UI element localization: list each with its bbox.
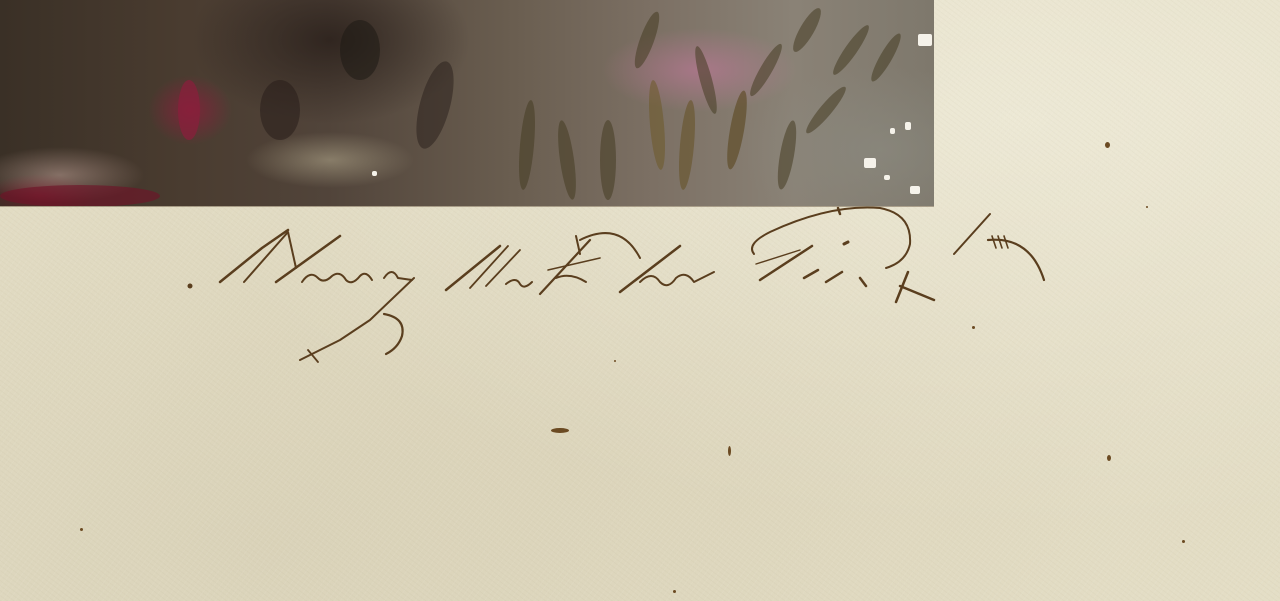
foxing-spot — [673, 590, 676, 593]
foxing-spot — [1107, 455, 1111, 461]
paper-sheet: Mary Webster Pinxᵗ — [0, 0, 1280, 601]
foxing-spot — [972, 326, 975, 329]
foxing-spot — [1146, 206, 1148, 208]
foxing-spot — [80, 528, 83, 531]
foxing-spot — [1105, 142, 1110, 148]
foxing-spot — [1182, 540, 1185, 543]
foxing-spot — [614, 360, 616, 362]
foxing-spot — [728, 446, 731, 456]
handwritten-signature — [0, 0, 1280, 601]
foxing-spot — [551, 428, 569, 433]
